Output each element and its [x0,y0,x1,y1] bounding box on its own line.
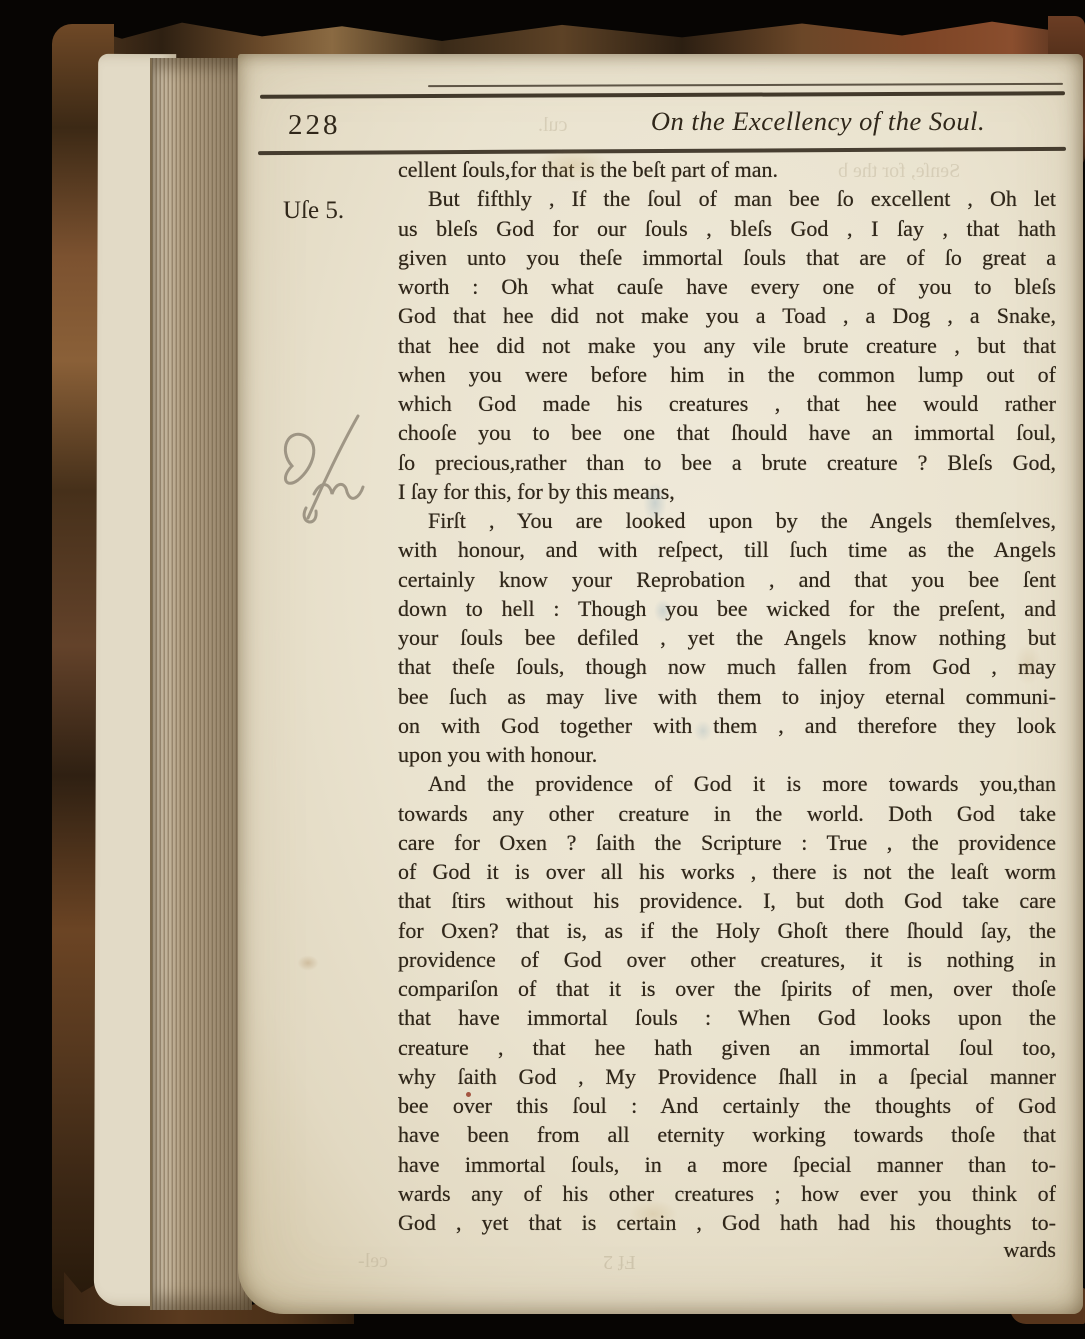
header-rule-top-thin [428,83,1063,87]
text-line: have immortal ſouls, in a more ſpecial m… [398,1150,1056,1179]
text-line: when you were before him in the common l… [398,360,1056,389]
text-line: God , yet that is certain , God hath had… [398,1208,1056,1237]
text-line: of God it is over all his works , there … [398,857,1056,886]
body-text: cellent ſouls,for that is the beſt part … [398,155,1056,1237]
text-line: Firſt , You are looked upon by the Angel… [398,506,1056,535]
header-rule-top [260,91,1065,99]
text-line: which God made his creatures , that hee … [398,389,1056,418]
text-line: ſo precious,rather than to bee a brute c… [398,448,1056,477]
text-line: cellent ſouls,for that is the beſt part … [398,155,1056,184]
text-line: wards any of his other creatures ; how e… [398,1179,1056,1208]
text-line: worth : Oh what cauſe have every one of … [398,272,1056,301]
text-line: that ſtirs without his providence. I, bu… [398,886,1056,915]
show-through-text: cel- [358,1250,388,1273]
text-line: care for Oxen ? ſaith the Scripture : Tr… [398,828,1056,857]
text-line: compariſon of that it is over the ſpirit… [398,974,1056,1003]
text-line: that theſe ſouls, though now much fallen… [398,652,1056,681]
text-line: down to hell : Though you bee wicked for… [398,594,1056,623]
show-through-text: cul. [538,114,567,137]
text-line: given unto you theſe immortal ſouls that… [398,243,1056,272]
text-line: with honour, and with reſpect, till ſuch… [398,535,1056,564]
text-line: have been from all eternity working towa… [398,1120,1056,1149]
text-line: And the providence of God it is more tow… [398,769,1056,798]
text-line: your ſouls bee defiled , yet the Angels … [398,623,1056,652]
text-line: bee ſuch as may live with them to injoy … [398,682,1056,711]
text-line: God that hee did not make you a Toad , a… [398,301,1056,330]
text-line: I ſay for this, for by this means, [398,477,1056,506]
text-line: towards any other creature in the world.… [398,799,1056,828]
book-photograph: 228 On the Excellency of the Soul. Uſe 5… [0,0,1085,1339]
text-line: us bleſs God for our ſouls , bleſs God ,… [398,214,1056,243]
text-line: why ſaith God , My Providence ſhall in a… [398,1062,1056,1091]
text-line: that hee did not make you any vile brute… [398,331,1056,360]
text-line: for Oxen? that is, as if the Holy Ghoſt … [398,916,1056,945]
text-line: creature , that hee hath given an immort… [398,1033,1056,1062]
text-line: on with God together with them , and the… [398,711,1056,740]
text-line: that have immortal ſouls : When God look… [398,1003,1056,1032]
page-fore-edges [150,58,252,1310]
text-line: chooſe you to bee one that ſhould have a… [398,418,1056,447]
foxing-stain [293,952,323,974]
margin-note-use-5: Uſe 5. [283,197,344,225]
text-line: providence of God over other creatures, … [398,945,1056,974]
book-page: 228 On the Excellency of the Soul. Uſe 5… [238,54,1083,1314]
page-number: 228 [288,109,341,142]
running-title: On the Excellency of the Soul. [578,106,1058,137]
header-rule-bottom [258,147,1066,155]
handwritten-pencil-mark [258,406,398,536]
text-line: bee over this ſoul : And certainly the t… [398,1091,1056,1120]
text-line: But fifthly , If the ſoul of man bee ſo … [398,184,1056,213]
catchword: wards [398,1237,1056,1263]
text-line: upon you with honour. [398,740,1056,769]
text-line: certainly know your Reprobation , and th… [398,565,1056,594]
